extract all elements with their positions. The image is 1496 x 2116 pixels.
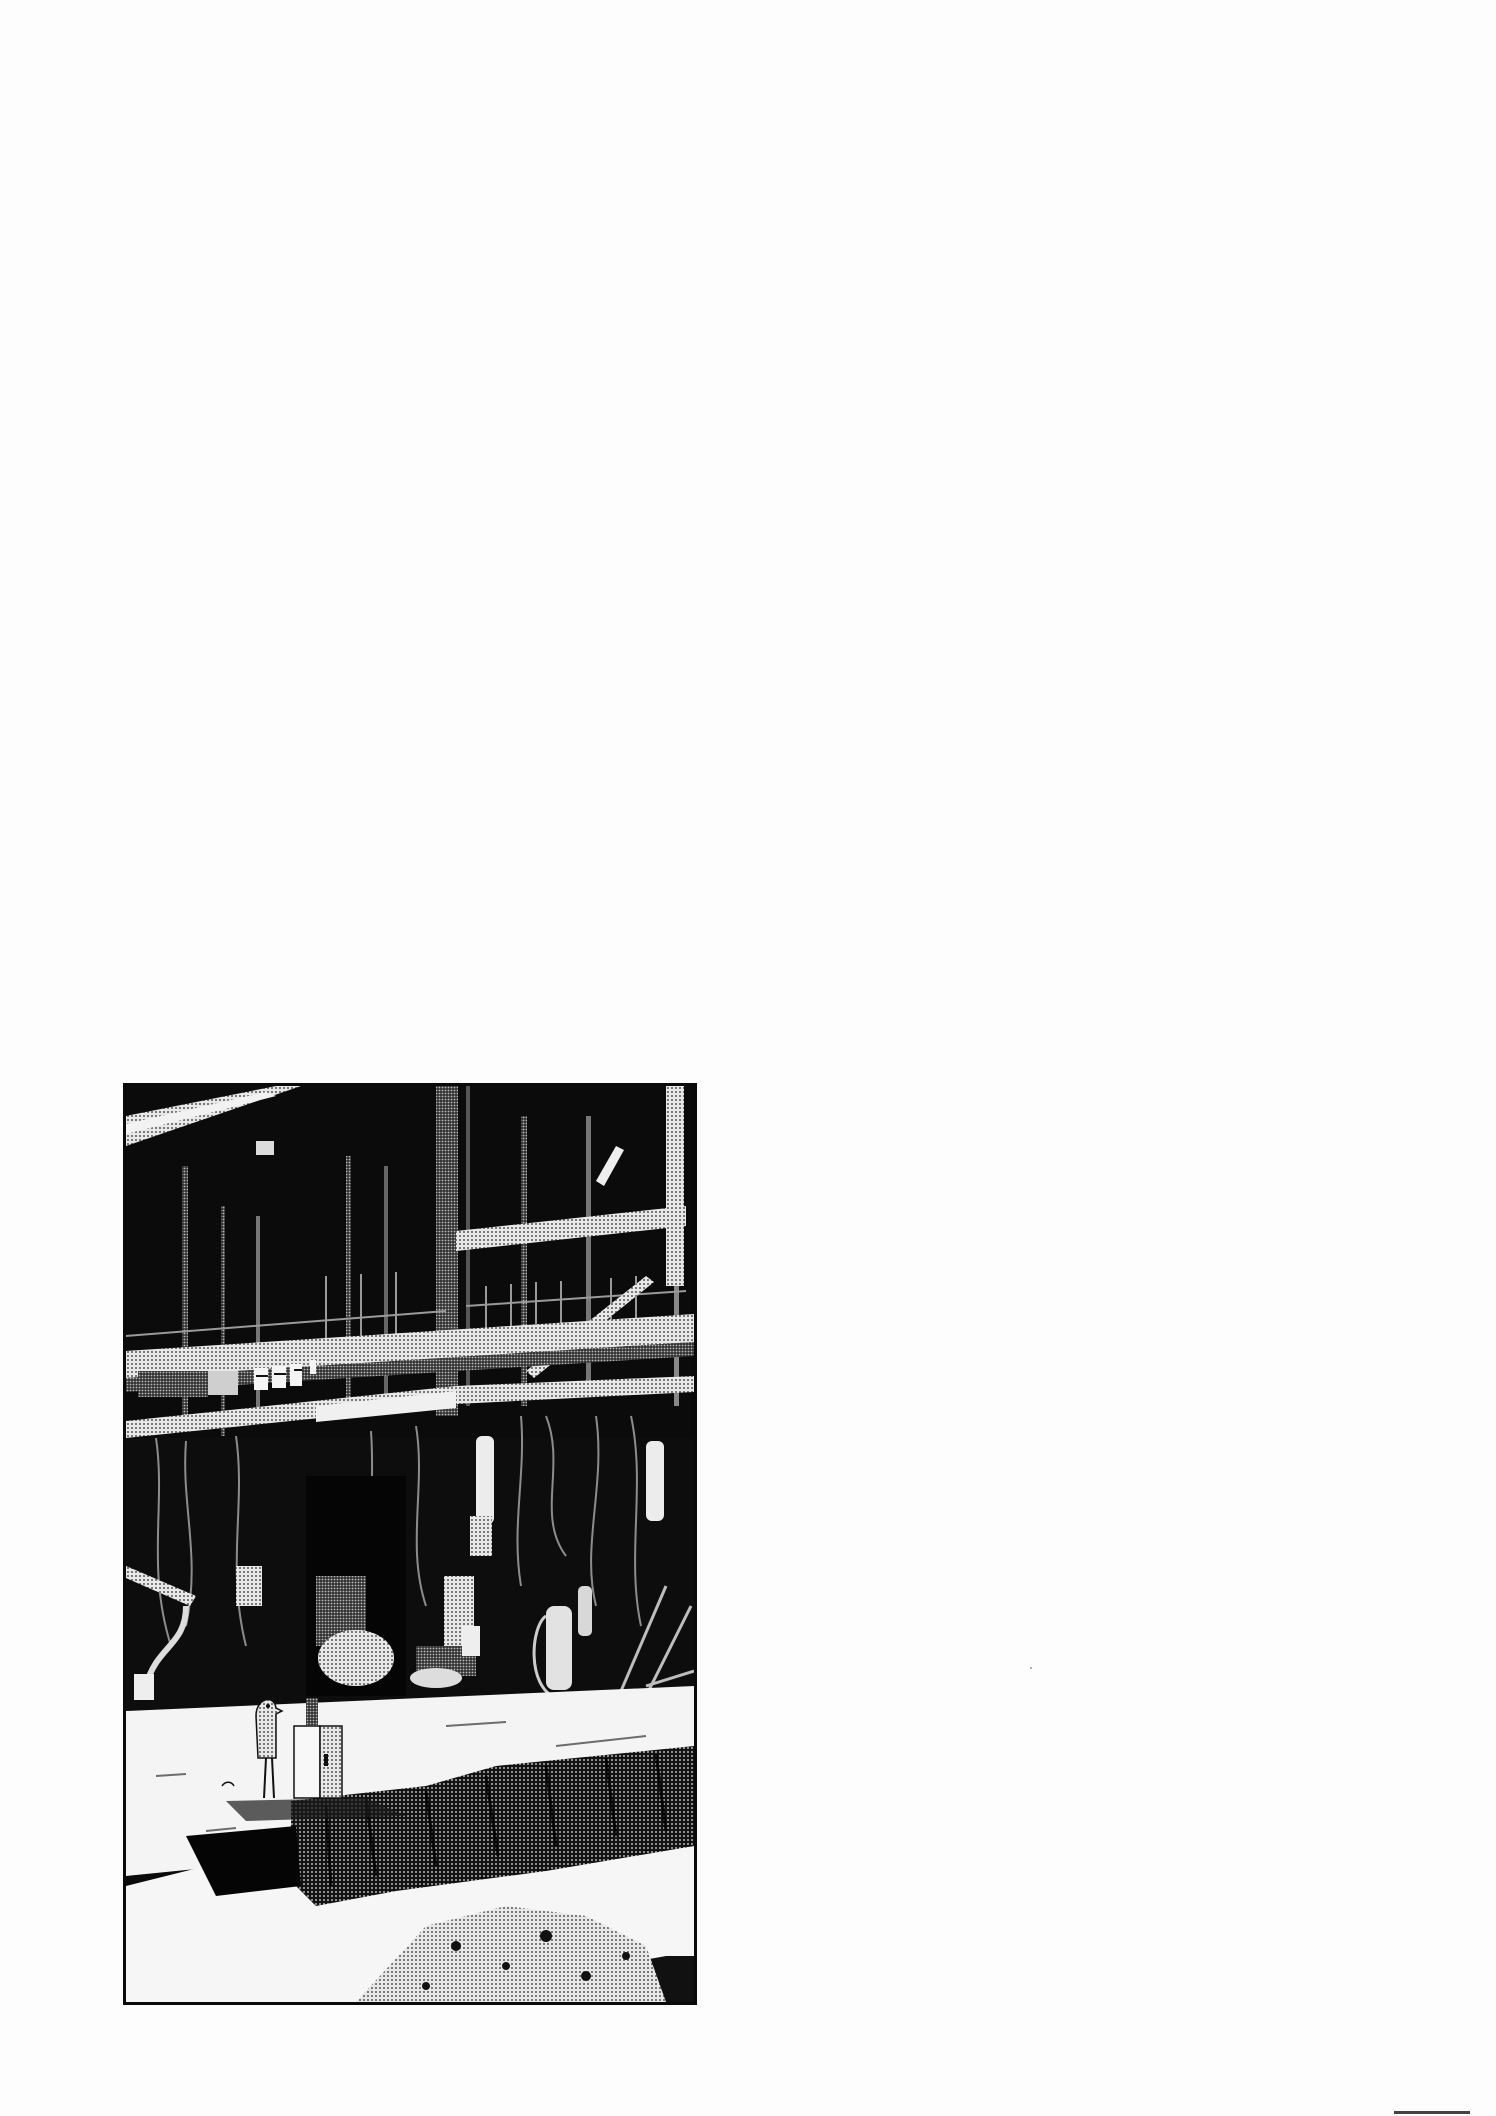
machinery [126,1416,694,1738]
illustration-panel [123,1083,697,2005]
manga-page: Wordless black-and-white manga panel: a … [0,0,1496,2116]
panel-description: Wordless black-and-white manga panel: a … [0,0,1,1]
scan-edge-mark [1394,2111,1470,2114]
panel-artwork [126,1086,694,2002]
scan-speck [1030,1667,1032,1669]
